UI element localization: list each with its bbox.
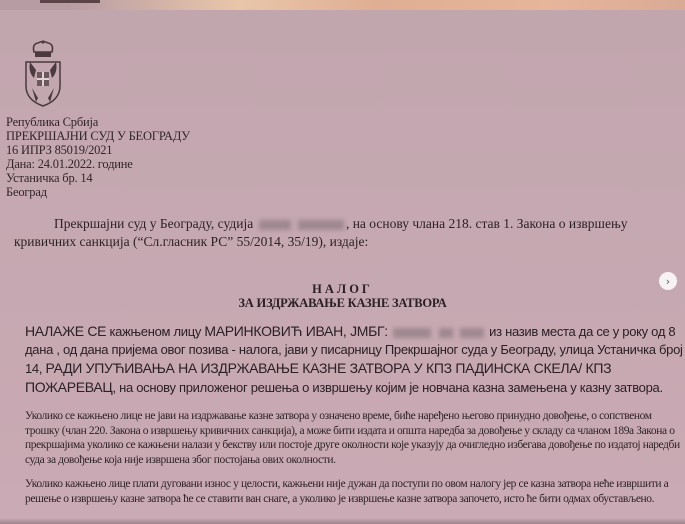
redacted-judge-last-name bbox=[298, 220, 344, 230]
document-date: Дана: 24.01.2022. године bbox=[6, 157, 190, 171]
background-object bbox=[40, 0, 100, 3]
order-paragraph: НАЛАЖЕ СЕ кажњеном лицу МАРИНКОВИЋ ИВАН,… bbox=[25, 322, 685, 397]
republic-label: Република Србија bbox=[6, 115, 190, 129]
redacted-jmbg-part-1 bbox=[393, 328, 431, 338]
case-number: 16 ИПРЗ 85019/2021 bbox=[6, 143, 190, 157]
document-subtitle: ЗА ИЗДРЖАВАЊЕ КАЗНЕ ЗАТВОРА bbox=[0, 296, 685, 311]
page-shadow bbox=[0, 518, 685, 524]
serbian-coat-of-arms-icon bbox=[22, 40, 64, 108]
intro-paragraph: Прекршајни суд у Београду, судија , на о… bbox=[14, 215, 679, 251]
redacted-judge-first-name bbox=[259, 220, 291, 230]
redacted-jmbg-part-3 bbox=[460, 328, 484, 338]
order-text-1: кажњеном лицу bbox=[106, 324, 204, 339]
chevron-right-icon: › bbox=[666, 275, 670, 288]
intro-text-end: , на основу члана 218. став 1. Закона о … bbox=[346, 216, 628, 231]
court-address: Устаничка бр. 14 bbox=[6, 171, 190, 185]
notice-non-appearance: Уколико се кажњено лице не јави на издрж… bbox=[25, 409, 680, 467]
court-city: Београд bbox=[6, 185, 190, 199]
notice-payment: Уколико кажњено лице плати дуговани изно… bbox=[25, 477, 680, 506]
intro-text-start: Прекршајни суд у Београду, судија bbox=[54, 216, 253, 231]
next-slide-button[interactable]: › bbox=[659, 272, 677, 290]
convicted-person-name: МАРИНКОВИЋ ИВАН, ЈМБГ: bbox=[204, 323, 388, 339]
order-text-3: , на основу приложеног решења о извршењу… bbox=[112, 380, 662, 395]
court-header: Република Србија ПРЕКРШАЈНИ СУД У БЕОГРА… bbox=[6, 115, 190, 199]
redacted-jmbg-part-2 bbox=[439, 328, 453, 338]
order-caps-lead: НАЛАЖЕ СЕ bbox=[25, 323, 106, 339]
document-title: НАЛОГ bbox=[0, 282, 685, 297]
court-name: ПРЕКРШАЈНИ СУД У БЕОГРАДУ bbox=[6, 129, 190, 143]
intro-line-2: кривичних санкција (“Сл.гласник РС” 55/2… bbox=[14, 233, 679, 251]
